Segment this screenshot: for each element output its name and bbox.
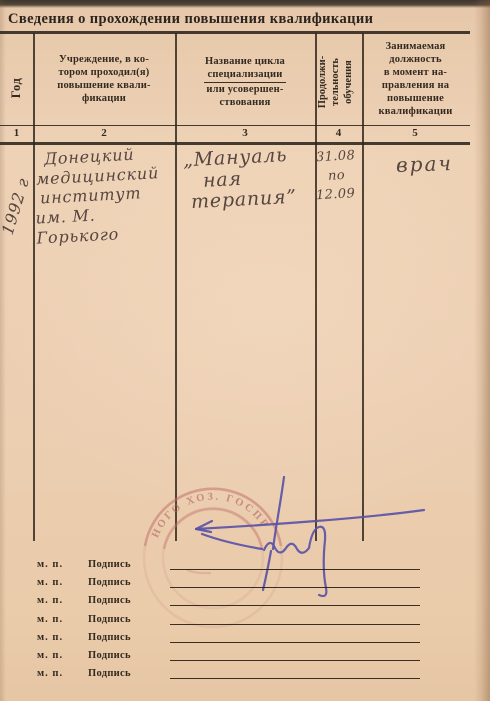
seal-signature-row: м. п. Подпись xyxy=(0,575,490,593)
handwritten-position: врач xyxy=(396,151,454,177)
column-number-3: 3 xyxy=(175,127,315,139)
table-numbers-rule xyxy=(0,142,470,145)
title-underline xyxy=(0,31,470,34)
signature-line xyxy=(170,594,420,606)
column-header-year-label: Год xyxy=(1,60,31,116)
page-top-edge xyxy=(0,0,490,8)
seal-place-label: м. п. xyxy=(37,668,63,679)
underlined-word: специализации xyxy=(204,68,287,83)
signature-line xyxy=(170,558,420,570)
signature-label: Подпись xyxy=(88,650,131,661)
table-column-divider xyxy=(33,33,35,541)
signature-label: Подпись xyxy=(88,632,131,643)
signature-label: Подпись xyxy=(88,595,131,606)
seal-place-label: м. п. xyxy=(37,650,63,661)
column-number-1: 1 xyxy=(0,127,33,139)
seal-signature-row: м. п. Подпись xyxy=(0,557,490,575)
seal-place-label: м. п. xyxy=(37,577,63,588)
handwritten-duration: 31.08 по 12.09 xyxy=(316,147,362,204)
seal-signature-block: м. п. Подпись м. п. Подпись м. п. Подпис… xyxy=(0,557,490,684)
seal-place-label: м. п. xyxy=(37,632,63,643)
column-number-5: 5 xyxy=(362,127,468,139)
seal-signature-row: м. п. Подпись xyxy=(0,648,490,666)
handwritten-institution: Донецкий медицинский институт им. М. Гор… xyxy=(36,146,176,244)
signature-label: Подпись xyxy=(88,577,131,588)
signature-line xyxy=(170,631,420,643)
column-header-duration: Продолжи- тельность обучения xyxy=(316,40,362,124)
signature-label: Подпись xyxy=(88,614,131,625)
seal-place-label: м. п. xyxy=(37,595,63,606)
signature-label: Подпись xyxy=(88,559,131,570)
handwritten-course-name: „Мануаль ная терапия” xyxy=(183,147,313,210)
seal-signature-row: м. п. Подпись xyxy=(0,612,490,630)
seal-signature-row: м. п. Подпись xyxy=(0,666,490,684)
signature-line xyxy=(170,613,420,625)
signature-label: Подпись xyxy=(88,668,131,679)
column-header-year: Год xyxy=(1,60,31,116)
signature-line xyxy=(170,649,420,661)
column-header-institution: Учреждение, в ко- тором проходил(я) повы… xyxy=(35,53,173,105)
seal-signature-row: м. п. Подпись xyxy=(0,593,490,611)
column-number-4: 4 xyxy=(315,127,362,139)
column-header-position: Занимаемая должность в момент на- правле… xyxy=(364,40,467,118)
column-header-course: Название цикла специализации или усоверш… xyxy=(177,55,313,109)
seal-signature-row: м. п. Подпись xyxy=(0,630,490,648)
document-page: Сведения о прохождении повышения квалифи… xyxy=(0,0,490,701)
column-number-2: 2 xyxy=(33,127,175,139)
signature-line xyxy=(170,667,420,679)
signature-line xyxy=(170,576,420,588)
seal-place-label: м. п. xyxy=(37,559,63,570)
seal-place-label: м. п. xyxy=(37,614,63,625)
page-right-edge xyxy=(474,0,490,701)
page-title: Сведения о прохождении повышения квалифи… xyxy=(8,11,468,28)
